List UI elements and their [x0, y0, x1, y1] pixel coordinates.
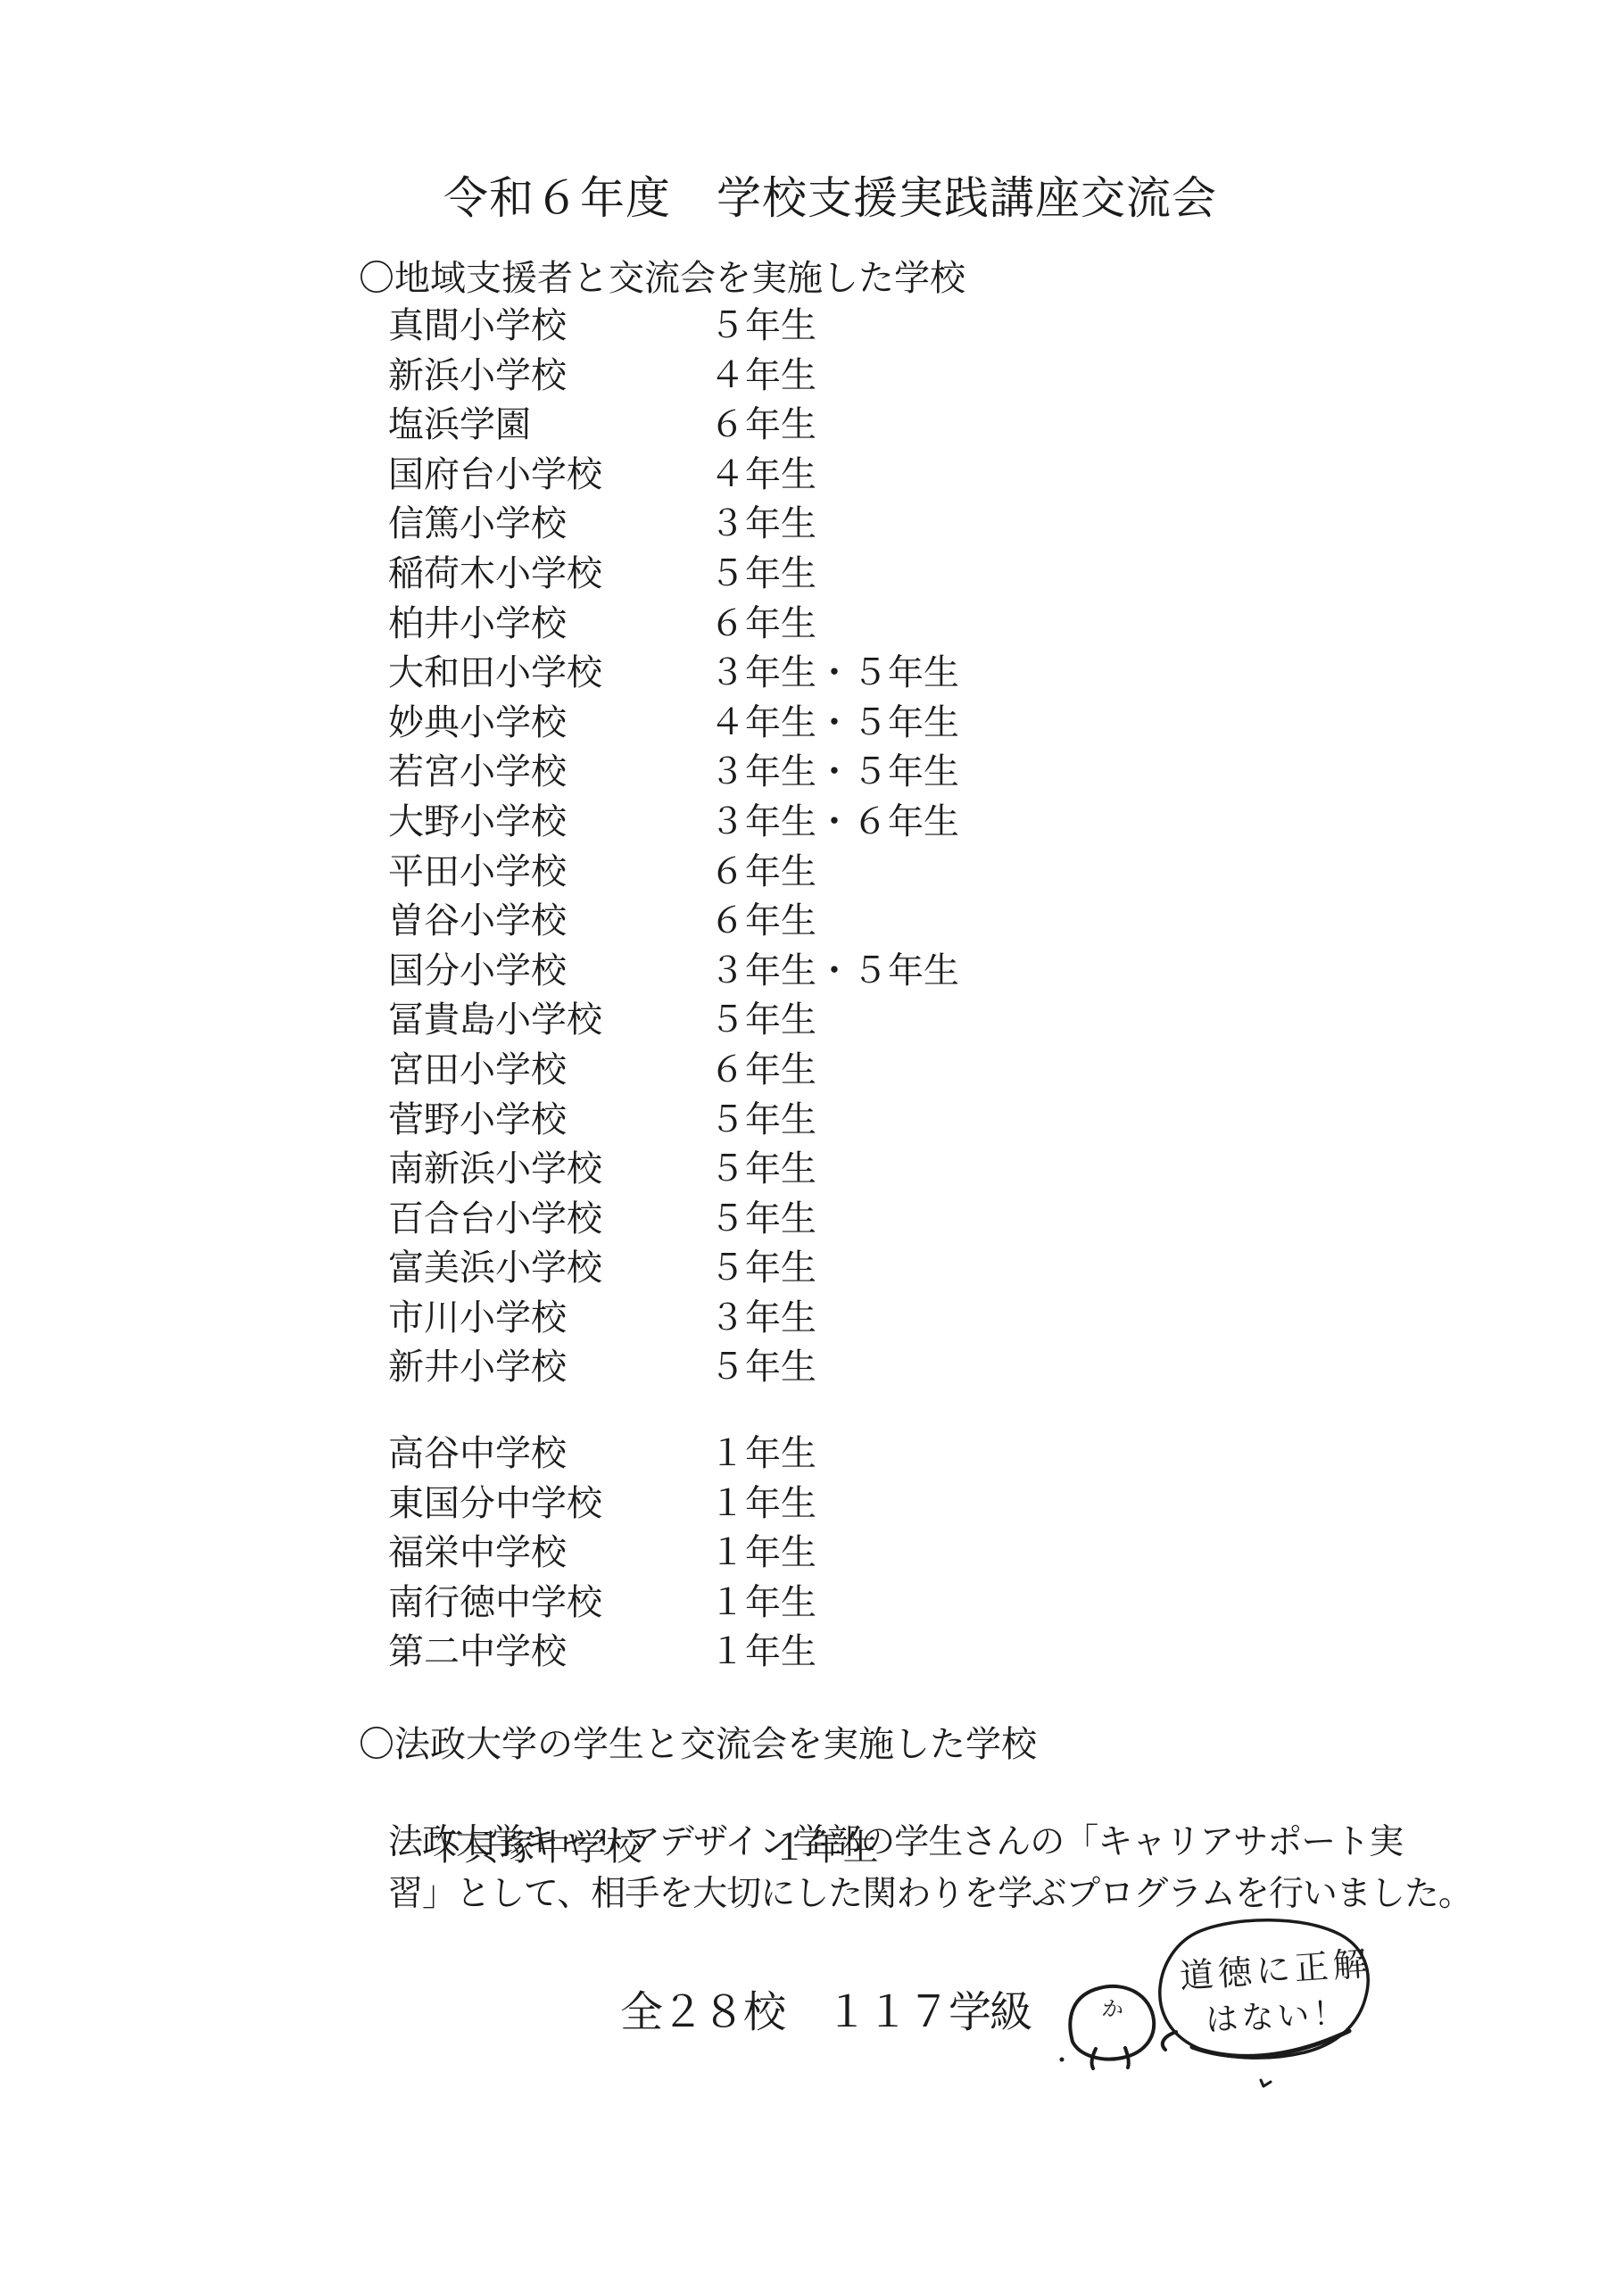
- handwritten-doodle: か 道徳に正解 はない！: [1017, 1910, 1401, 2101]
- section-community-heading: 〇地域支援者と交流会を実施した学校: [359, 257, 965, 300]
- school-grade: ４年生: [709, 455, 816, 494]
- school-name: 妙典小学校: [388, 699, 709, 749]
- school-row: 新浜小学校４年生: [388, 352, 959, 402]
- page-title: 令和６年度 学校支援実践講座交流会: [443, 171, 1217, 225]
- school-name: 新浜小学校: [388, 352, 709, 402]
- school-name: 平田小学校: [388, 848, 709, 898]
- school-name: 大和田小学校: [388, 649, 709, 699]
- school-grade: ６年生: [709, 604, 816, 643]
- school-grade: ５年生: [709, 554, 816, 593]
- school-name: 東国分中学校: [388, 1480, 709, 1529]
- school-row: 百合台小学校５年生: [388, 1195, 959, 1245]
- school-grade: ６年生: [709, 901, 816, 941]
- school-grade: ６年生: [709, 405, 816, 444]
- school-row: 国府台小学校４年生: [388, 451, 959, 501]
- bubble-text-line2: はない！: [1205, 1994, 1349, 2038]
- school-row: 南新浜小学校５年生: [388, 1145, 959, 1195]
- school-name: 南行徳中学校: [388, 1579, 709, 1629]
- school-name: 百合台小学校: [388, 1195, 709, 1245]
- elementary-school-list: 真間小学校５年生 新浜小学校４年生 塩浜学園６年生 国府台小学校４年生 信篤小学…: [388, 302, 959, 1393]
- school-grade: ３年生・５年生: [709, 951, 959, 991]
- school-name: 冨貴島小学校: [388, 996, 709, 1046]
- university-school-row: 下貝塚中学校１年生: [388, 1774, 878, 1824]
- school-row: 真間小学校５年生: [388, 302, 959, 352]
- school-name: 国分小学校: [388, 947, 709, 997]
- school-row: 冨貴島小学校５年生: [388, 996, 959, 1046]
- school-row: 柏井小学校６年生: [388, 600, 959, 650]
- school-row: 妙典小学校４年生・５年生: [388, 699, 959, 749]
- school-grade: ５年生: [709, 1149, 816, 1189]
- school-name: 新井小学校: [388, 1343, 709, 1393]
- school-name: 宮田小学校: [388, 1046, 709, 1096]
- doodle-speck: [1060, 2058, 1065, 2062]
- school-name: 塩浜学園: [388, 401, 709, 451]
- school-row: 市川小学校３年生: [388, 1294, 959, 1344]
- school-grade: ３年生・５年生: [709, 653, 959, 692]
- school-name: 高谷中学校: [388, 1430, 709, 1480]
- school-name: 若宮小学校: [388, 748, 709, 798]
- school-grade: ５年生: [709, 1100, 816, 1140]
- school-row: 第二中学校１年生: [388, 1628, 816, 1678]
- school-row: 福栄中学校１年生: [388, 1529, 816, 1579]
- school-grade: ６年生: [709, 852, 816, 891]
- document-page: 令和６年度 学校支援実践講座交流会 〇地域支援者と交流会を実施した学校 真間小学…: [0, 0, 1624, 2296]
- school-name: 富美浜小学校: [388, 1244, 709, 1294]
- school-name: 菅野小学校: [388, 1096, 709, 1146]
- school-grade: １年生: [709, 1484, 816, 1523]
- school-name: 信篤小学校: [388, 500, 709, 550]
- junior-high-school-list: 高谷中学校１年生 東国分中学校１年生 福栄中学校１年生 南行徳中学校１年生 第二…: [388, 1430, 816, 1678]
- school-row: 信篤小学校３年生: [388, 500, 959, 550]
- school-grade: ６年生: [709, 1050, 816, 1090]
- school-grade: １年生: [709, 1434, 816, 1473]
- school-grade: ３年生: [709, 504, 816, 543]
- school-row: 大和田小学校３年生・５年生: [388, 649, 959, 699]
- speech-bubble-tail: [1163, 2032, 1176, 2050]
- school-row: 宮田小学校６年生: [388, 1046, 959, 1096]
- stray-tick-mark: [1261, 2080, 1271, 2086]
- school-row: 曽谷小学校６年生: [388, 897, 959, 947]
- school-grade: ３年生: [709, 1298, 816, 1338]
- school-grade: ５年生: [709, 1000, 816, 1040]
- school-grade: ５年生: [709, 1199, 816, 1239]
- school-row: 国分小学校３年生・５年生: [388, 947, 959, 997]
- school-row: 東国分中学校１年生: [388, 1480, 816, 1529]
- school-row: 高谷中学校１年生: [388, 1430, 816, 1480]
- school-grade: ５年生: [709, 306, 816, 345]
- school-name: 真間小学校: [388, 302, 709, 352]
- school-name: 大野小学校: [388, 798, 709, 848]
- section-university-heading: 〇法政大学の学生と交流会を実施した学校: [359, 1723, 1037, 1766]
- school-name: 国府台小学校: [388, 451, 709, 501]
- bubble-text-line1: 道徳に正解: [1179, 1945, 1372, 1996]
- school-grade: １年生: [709, 1533, 816, 1572]
- school-grade: ５年生: [709, 1347, 816, 1387]
- school-name: 柏井小学校: [388, 600, 709, 650]
- school-row: 若宮小学校３年生・５年生: [388, 748, 959, 798]
- school-row: 平田小学校６年生: [388, 848, 959, 898]
- school-row: 稲荷木小学校５年生: [388, 550, 959, 600]
- school-grade: １年生: [709, 1632, 816, 1671]
- school-name: 南新浜小学校: [388, 1145, 709, 1195]
- school-grade: ４年生・５年生: [709, 703, 959, 742]
- school-grade: ３年生・６年生: [709, 802, 959, 841]
- school-name: 第二中学校: [388, 1628, 709, 1678]
- school-name: 福栄中学校: [388, 1529, 709, 1579]
- school-row: 菅野小学校５年生: [388, 1096, 959, 1146]
- school-row: 南行徳中学校１年生: [388, 1579, 816, 1629]
- school-grade: ３年生・５年生: [709, 752, 959, 792]
- school-row: 富美浜小学校５年生: [388, 1244, 959, 1294]
- school-grade: ５年生: [709, 1248, 816, 1288]
- school-name: 市川小学校: [388, 1294, 709, 1344]
- description-line-1: 法政大学キャリアデザイン学部の学生さんの「キャリアサポート実: [388, 1822, 1403, 1864]
- school-row: 塩浜学園６年生: [388, 401, 959, 451]
- total-summary: 全２８校 １１７学級: [620, 1977, 1031, 2039]
- school-name: 曽谷小学校: [388, 897, 709, 947]
- school-row: 新井小学校５年生: [388, 1343, 959, 1393]
- school-grade: ４年生: [709, 356, 816, 395]
- school-name: 稲荷木小学校: [388, 550, 709, 600]
- school-grade: １年生: [709, 1583, 816, 1622]
- school-row: 大野小学校３年生・６年生: [388, 798, 959, 848]
- doodle-head-mark: か: [1100, 1996, 1125, 2023]
